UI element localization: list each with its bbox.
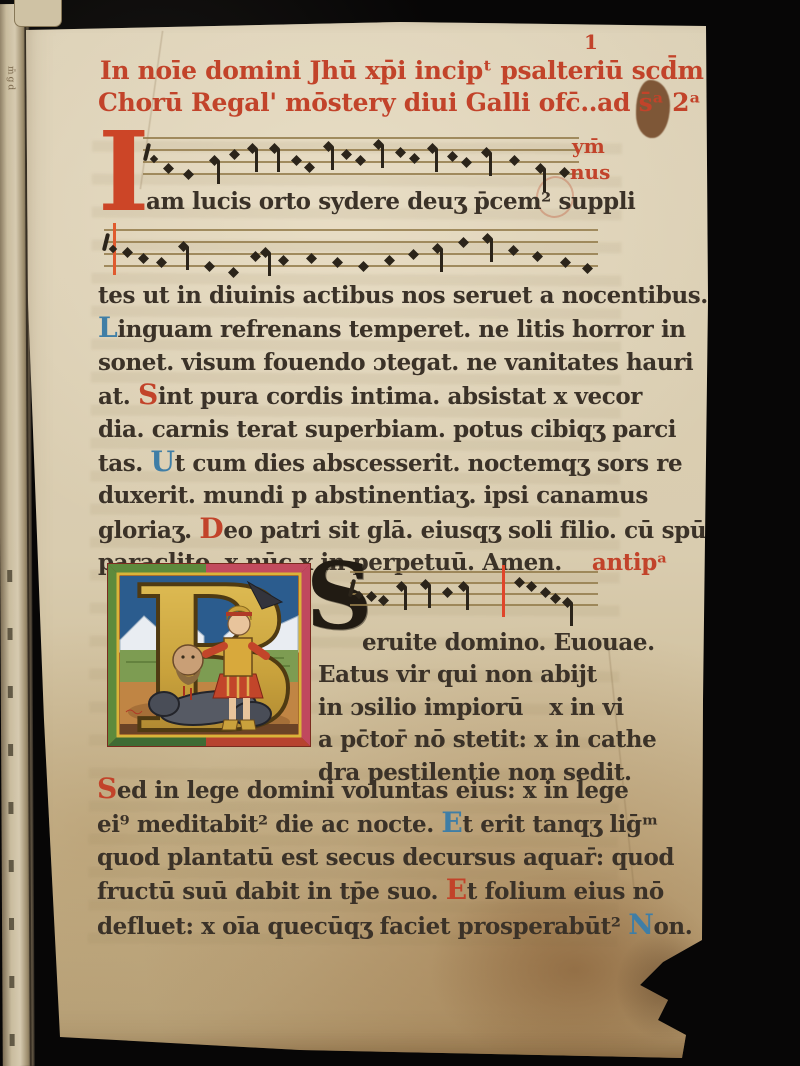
text-line: Sed in lege domini voluntas eius: x in l… [97,773,619,807]
text-segment: on. [653,913,692,940]
psalm-column-block: eruite domino. Euouae.Eatus vir qui non … [318,627,618,789]
text-segment: a pc̄tor̄ nō stetit: x in cathe [318,726,656,753]
neume-note [560,257,571,268]
neume-note [229,149,240,160]
neume-note [458,581,469,592]
text-segment: fructū suū dabit in tp̄e suo. [97,878,446,905]
neume-note [278,255,289,266]
neume-note [550,593,561,604]
text-segment: defluet: x oīa quecūqʒ faciet prosperabū… [97,913,628,940]
text-line: a pc̄tor̄ nō stetit: x in cathe [318,724,618,756]
illuminated-initial-miniature: B [106,562,312,748]
clef-icon [350,579,361,590]
torn-corner-shadow [616,930,716,1040]
neume-note [373,139,384,150]
text-segment: inguam refrenans temperet. ne litis horr… [117,316,685,343]
rubric-line: Chorū Regal' mōstery diui Galli ofc̄..ad… [98,88,746,117]
text-segment: t folium eius nō [467,878,664,905]
neume-note [260,247,271,258]
text-segment: S [138,378,158,411]
staff-line [350,582,598,584]
hymn-label-bottom: nus [570,160,610,184]
text-line: sonet. visum fouendo ɔtegat. ne vanitate… [98,347,618,379]
neume-note [427,143,438,154]
text-segment: in ɔsilio impiorū [318,694,523,721]
staff-line [104,253,598,255]
text-segment: ei⁹ meditabit² die ac nocte. [97,811,441,838]
neume-note [420,579,431,590]
text-line: am lucis orto sydere deuʒ p̄cem² suppli [146,186,616,218]
text-segment: int pura cordis intima. absistat x vecor [158,383,642,410]
text-line: defluet: x oīa quecūqʒ faciet prosperabū… [97,909,619,943]
neume-note [442,587,453,598]
text-segment: eo patri sit glā. eiusqʒ soli filio. cū … [223,517,706,544]
text-line: eruite domino. Euouae. [318,627,618,659]
text-segment: t erit tanqʒ liḡᵐ [462,811,658,838]
staff-divider-line [502,565,505,617]
hymn-first-line: am lucis orto sydere deuʒ p̄cem² suppli [146,186,616,218]
neume-note [366,591,377,602]
text-segment: E [441,806,462,839]
staff-line [104,229,598,231]
music-staff [350,571,598,618]
staff-line [143,149,579,151]
headband-tab [14,0,62,27]
neume-note [562,597,573,608]
neume-note [204,261,215,272]
text-segment: antipᵃ [592,549,667,576]
text-segment: tas. [98,450,151,477]
neume-note [358,261,369,272]
text-segment: S [97,772,117,805]
text-segment: ed in lege domini voluntas eius: x in le… [117,777,629,804]
neume-note [138,253,149,264]
text-segment: duxerit. mundi p abstinentiaʒ. ipsi cana… [98,482,648,509]
neume-note [514,577,525,588]
neume-note [408,249,419,260]
text-segment: t cum dies abscesserit. noctemqʒ sors re [175,450,683,477]
text-line: tas. Ut cum dies abscesserit. noctemqʒ s… [98,446,618,480]
neume-note [582,263,593,274]
neume-note [409,153,420,164]
text-segment: eruite domino. Euouae. [362,629,655,656]
neume-note [481,147,492,158]
neume-note [559,167,570,178]
neume-note [532,251,543,262]
neume-note [323,141,334,152]
hymn-text-block: tes ut in diuinis actibus nos seruet a n… [98,280,618,580]
neume-note [458,237,469,248]
rubric-line: In noīe domini Jhū xp̄i incipᵗ psalteriū… [100,56,704,85]
music-staff [104,229,598,279]
text-segment: L [98,311,117,344]
text-line: Linguam refrenans temperet. ne litis hor… [98,312,618,346]
neume-note [461,157,472,168]
neume-note [304,162,315,173]
psalm-text-block: Sed in lege domini voluntas eius: x in l… [97,773,619,943]
neume-note [332,257,343,268]
text-line: in ɔsilio impiorūx in vi [318,692,618,724]
neume-note [508,245,519,256]
manuscript-page: 1 In noīe domini Jhū xp̄i incipᵗ psalter… [0,0,800,1066]
staff-line [143,173,579,175]
clef-icon [104,233,115,244]
photo-background: m̄gd 1 In noīe domini Jhū xp̄i incipᵗ ps… [0,0,800,1066]
staff-line [104,265,598,267]
text-segment: sonet. visum fouendo ɔtegat. ne vanitate… [98,349,693,376]
text-line: fructū suū dabit in tp̄e suo. Et folium … [97,874,619,908]
neume-note [178,241,189,252]
neume-note [269,143,280,154]
text-segment: at. [98,383,138,410]
neume-note [447,151,458,162]
text-line: Eatus vir qui non abijt [318,659,618,691]
text-segment: quod plantatū est secus decursus aquar̄:… [97,844,674,871]
text-line: ei⁹ meditabit² die ac nocte. Et erit tan… [97,807,619,841]
text-line: tes ut in diuinis actibus nos seruet a n… [98,280,618,312]
hymn-label-top: ym̄ [572,134,605,158]
neume-note [378,595,389,606]
staff-line [143,137,579,139]
neume-note [247,143,258,154]
neume-note [183,169,194,180]
text-line: quod plantatū est secus decursus aquar̄:… [97,842,619,874]
neume-note [535,163,546,174]
neume-note [156,257,167,268]
neume-note [163,163,174,174]
text-segment: Eatus vir qui non abijt [318,661,597,688]
text-segment: am lucis orto sydere deuʒ p̄cem² suppli [146,188,635,215]
neume-note [432,243,443,254]
neume-note [482,233,493,244]
text-segment: N [628,908,653,941]
text-segment: gloriaʒ. [98,517,199,544]
text-segment: D [199,512,223,545]
text-line: duxerit. mundi p abstinentiaʒ. ipsi cana… [98,480,618,512]
staff-line [350,571,598,573]
neume-note [395,147,406,158]
neume-note [355,155,366,166]
text-segment: x in vi [549,694,624,721]
neume-note [341,149,352,160]
text-segment: dia. carnis terat superbiam. potus cibiq… [98,416,676,443]
hymn-initial-I: I [98,128,149,216]
music-staff [143,137,579,187]
text-segment: E [446,873,467,906]
neume-note [228,267,239,278]
spine-stitches [7,524,15,1064]
neume-note [526,581,537,592]
clef-icon [145,143,156,154]
text-segment: U [151,445,175,478]
neume-note [306,253,317,264]
folio-number: 1 [584,30,598,54]
neume-note [291,155,302,166]
spine-inscription: m̄gd [6,66,16,92]
neume-note [509,155,520,166]
neume-note [122,247,133,258]
neume-note [209,155,220,166]
text-line: dia. carnis terat superbiam. potus cibiq… [98,414,618,446]
neume-note [384,255,395,266]
text-segment: tes ut in diuinis actibus nos seruet a n… [98,282,708,309]
text-line: at. Sint pura cordis intima. absistat x … [98,379,618,413]
neume-note [396,581,407,592]
